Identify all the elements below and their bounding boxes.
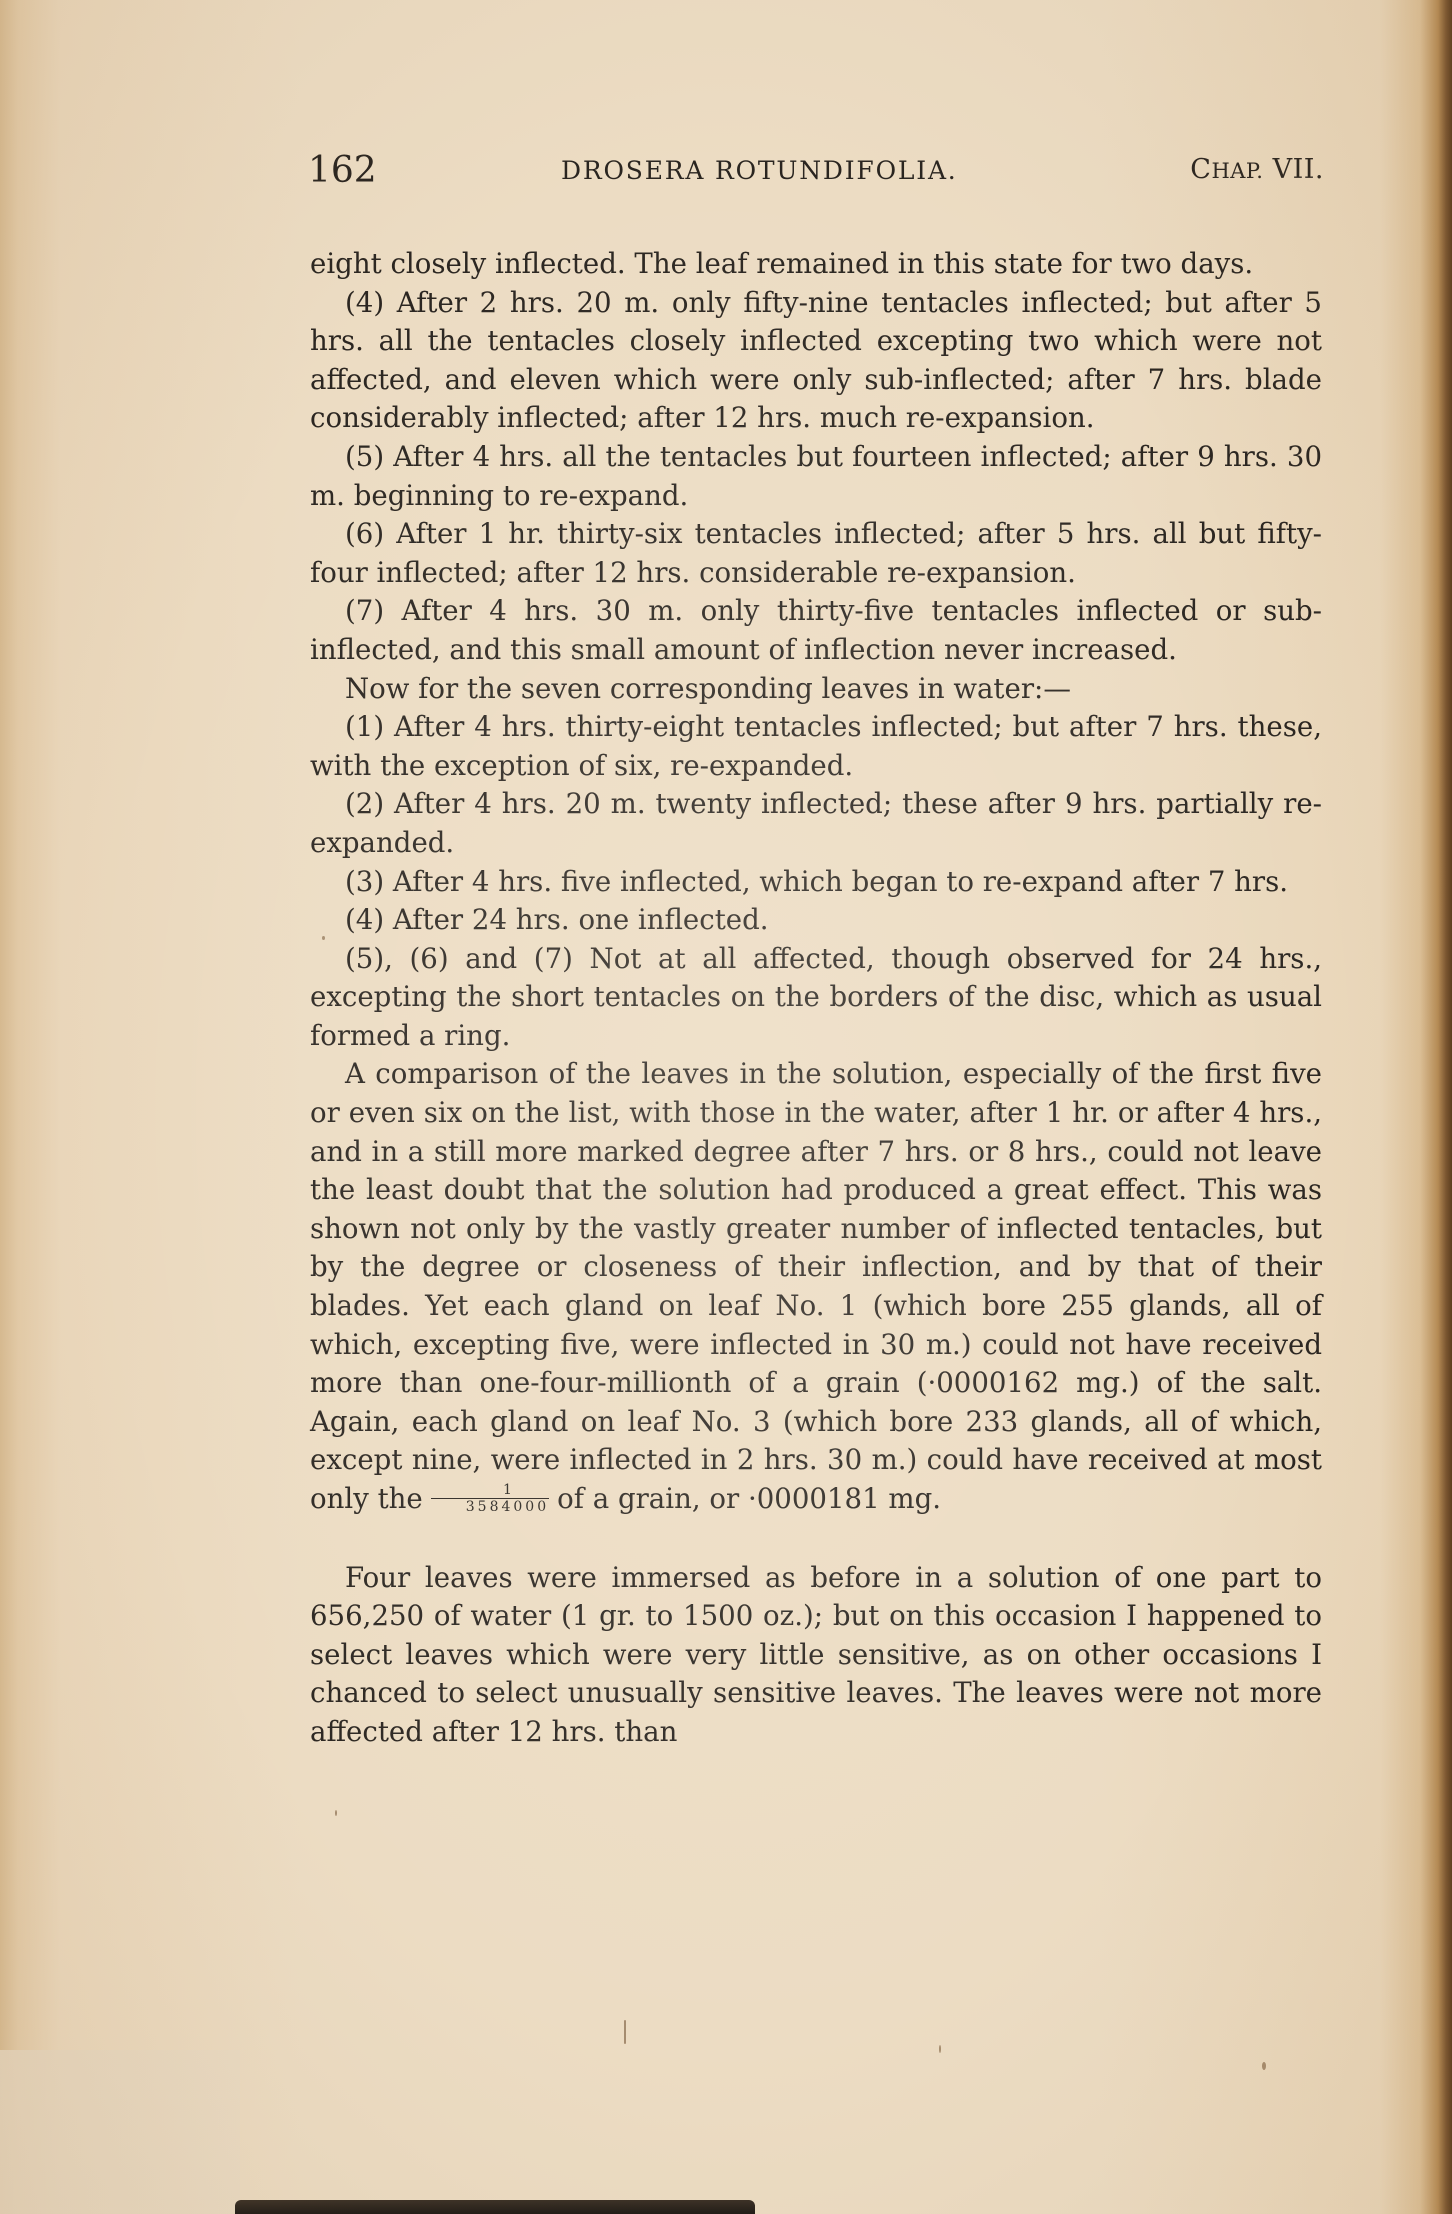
paragraph-solution-leaf-5: (5) After 4 hrs. all the tentacles but f… xyxy=(310,438,1322,515)
page-shadow xyxy=(0,2050,240,2214)
paper-speck xyxy=(1262,2062,1266,2070)
paper-speck xyxy=(322,936,325,940)
paragraph-water-intro: Now for the seven corresponding leaves i… xyxy=(310,670,1322,709)
book-page: 162 DROSERA ROTUNDIFOLIA. CHAP. VII. eig… xyxy=(0,0,1452,2214)
page-number: 162 xyxy=(308,150,377,191)
paragraph-four-leaves: Four leaves were immersed as before in a… xyxy=(310,1559,1322,1752)
chapter-smallcaps: HAP. xyxy=(1211,159,1263,183)
chapter-number: VII. xyxy=(1273,154,1324,185)
comparison-text-end: of a grain, or ·0000181 mg. xyxy=(557,1482,941,1515)
paragraph-water-leaf-1: (1) After 4 hrs. thirty-eight tentacles … xyxy=(310,708,1322,785)
paragraph-water-leaf-5-6-7: (5), (6) and (7) Not at all affected, th… xyxy=(310,940,1322,1056)
paragraph-solution-leaf-6: (6) After 1 hr. thirty-six tentacles inf… xyxy=(310,515,1322,592)
comparison-text: A comparison of the leaves in the soluti… xyxy=(310,1057,1322,1515)
paper-speck xyxy=(939,2045,941,2053)
chapter-label: CHAP. VII. xyxy=(1190,154,1324,185)
binding-edge xyxy=(235,2200,755,2214)
paragraph-solution-leaf-4: (4) After 2 hrs. 20 m. only fifty-nine t… xyxy=(310,284,1322,438)
paragraph-solution-leaf-7: (7) After 4 hrs. 30 m. only thirty-five … xyxy=(310,592,1322,669)
running-head: 162 DROSERA ROTUNDIFOLIA. CHAP. VII. xyxy=(308,150,1324,200)
fraction: 13584000 xyxy=(431,1483,549,1514)
paper-speck xyxy=(335,1810,337,1816)
fraction-numerator: 1 xyxy=(431,1483,549,1499)
paragraph-comparison: A comparison of the leaves in the soluti… xyxy=(310,1055,1322,1518)
paper-speck xyxy=(624,2020,626,2044)
chapter-prefix: C xyxy=(1190,154,1211,185)
fraction-denominator: 3584000 xyxy=(431,1499,549,1514)
paragraph-water-leaf-2: (2) After 4 hrs. 20 m. twenty inflected;… xyxy=(310,785,1322,862)
paragraph-continued: eight closely inflected. The leaf remain… xyxy=(310,245,1322,284)
book-title: DROSERA ROTUNDIFOLIA. xyxy=(561,156,958,185)
paragraph-water-leaf-4: (4) After 24 hrs. one inflected. xyxy=(310,901,1322,940)
body-text: eight closely inflected. The leaf remain… xyxy=(310,245,1322,1752)
paragraph-water-leaf-3: (3) After 4 hrs. five inflected, which b… xyxy=(310,863,1322,902)
